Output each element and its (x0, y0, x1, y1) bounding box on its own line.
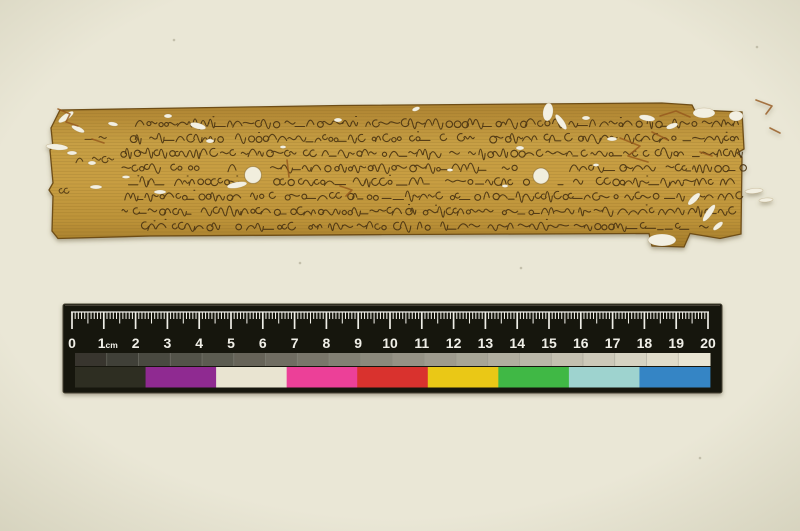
ruler-number: 4 (195, 335, 203, 351)
color-patch (287, 367, 358, 388)
dust-speck (520, 267, 523, 270)
grayscale-step (551, 353, 583, 366)
grayscale-step (107, 353, 139, 366)
color-patch (569, 367, 640, 388)
damage-spot (648, 234, 676, 246)
dust-speck (699, 457, 702, 460)
grayscale-step (329, 353, 361, 366)
damage-spot (593, 164, 599, 167)
ruler-number: 9 (354, 335, 362, 351)
color-patch (498, 367, 569, 388)
grayscale-step (424, 353, 456, 366)
calibration-ruler: 01cm234567891011121314151617181920 (63, 304, 722, 393)
dust-speck (173, 39, 176, 42)
grayscale-step (456, 353, 488, 366)
ruler-number: 18 (637, 335, 653, 351)
damage-spot (516, 146, 524, 150)
grayscale-step (678, 353, 710, 366)
damage-spot (67, 151, 77, 155)
damage-spot (582, 116, 590, 120)
grayscale-step (361, 353, 393, 366)
damage-spot (90, 185, 102, 189)
ruler-number: 8 (323, 335, 331, 351)
damage-spot (154, 190, 166, 194)
damage-spot (334, 118, 342, 122)
color-patch (428, 367, 499, 388)
color-patch (357, 367, 428, 388)
ruler-number: 12 (446, 335, 462, 351)
photograph: 01cm234567891011121314151617181920 (0, 0, 800, 531)
damage-spot (729, 111, 743, 121)
grayscale-step (615, 353, 647, 366)
ruler-number: 19 (668, 335, 684, 351)
photo-scene: 01cm234567891011121314151617181920 (0, 0, 800, 531)
grayscale-step (234, 353, 266, 366)
grayscale-step (266, 353, 298, 366)
damage-spot (88, 161, 96, 165)
ruler-number: 10 (382, 335, 398, 351)
ruler-number: 3 (164, 335, 172, 351)
ruler-number: 16 (573, 335, 589, 351)
string-hole (533, 168, 549, 184)
damage-spot (206, 139, 214, 143)
grayscale-step (520, 353, 552, 366)
grayscale-step (75, 353, 107, 366)
damage-spot (502, 185, 508, 188)
damage-spot (607, 137, 617, 141)
grayscale-step (583, 353, 615, 366)
grayscale-step (297, 353, 329, 366)
damage-spot (447, 169, 453, 172)
color-patch (639, 367, 710, 388)
grayscale-step (202, 353, 234, 366)
ruler-number: 20 (700, 335, 716, 351)
ruler-number: 7 (291, 335, 299, 351)
dust-speck (756, 46, 759, 49)
ruler-number: 11 (414, 335, 429, 351)
ruler-unit-label: cm (106, 340, 119, 350)
backdrop-surface (0, 0, 800, 531)
grayscale-step (393, 353, 425, 366)
string-hole (245, 167, 262, 184)
color-patch (216, 367, 287, 388)
ruler-number: 13 (478, 335, 494, 351)
grayscale-step (139, 353, 171, 366)
ruler-number: 14 (509, 335, 525, 351)
ruler-number: 17 (605, 335, 621, 351)
palm-leaf-manuscript (46, 100, 780, 247)
ruler-number: 2 (132, 335, 140, 351)
damage-spot (164, 114, 172, 118)
grayscale-step (488, 353, 520, 366)
grayscale-step (170, 353, 202, 366)
color-patch (75, 367, 146, 388)
damage-spot (280, 146, 286, 149)
damage-spot (122, 176, 130, 179)
dust-speck (299, 262, 302, 265)
backdrop (0, 0, 800, 531)
ruler-number: 0 (68, 335, 76, 351)
color-patch (146, 367, 217, 388)
damage-spot (693, 108, 715, 118)
ruler-number: 15 (541, 335, 557, 351)
grayscale-step (647, 353, 679, 366)
ruler-number: 6 (259, 335, 267, 351)
ruler-number: 5 (227, 335, 235, 351)
